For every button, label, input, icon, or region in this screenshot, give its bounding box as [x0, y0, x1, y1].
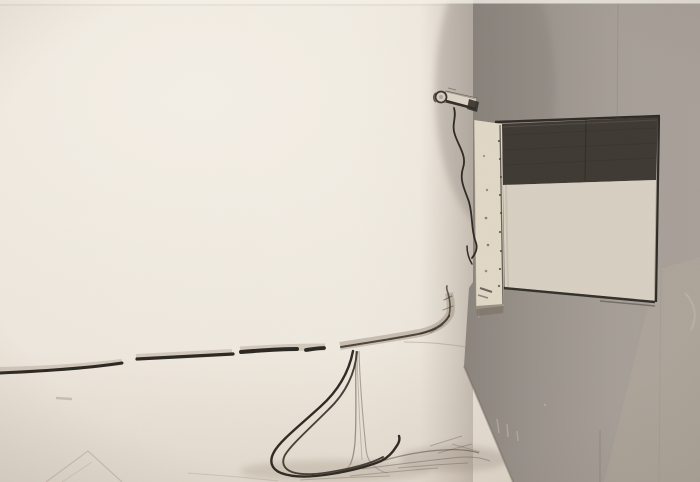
photograph-room-corner [0, 0, 700, 482]
film-grain [0, 0, 700, 482]
